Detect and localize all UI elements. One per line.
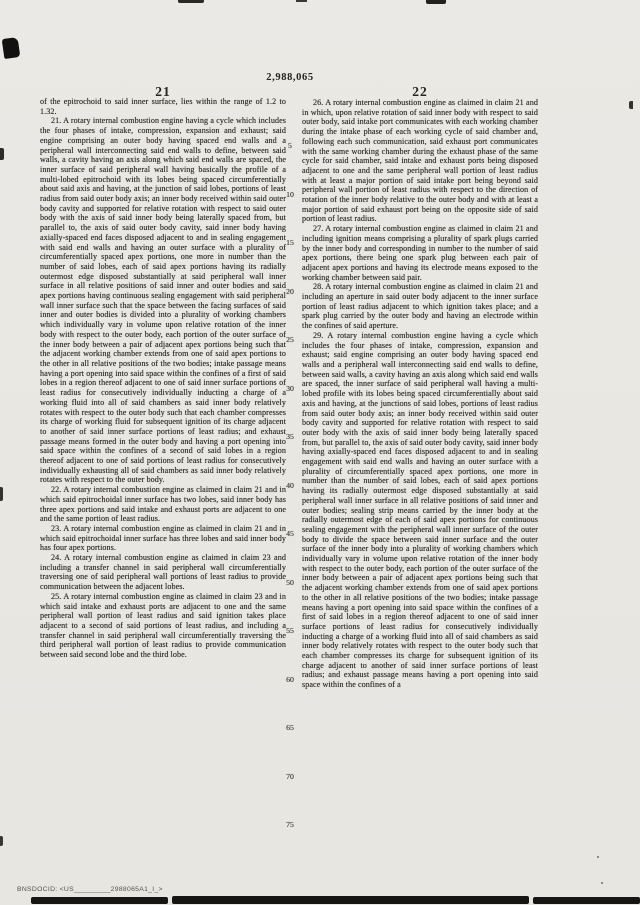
line-number: 60 [281, 675, 299, 724]
claim-25-text: 25. A rotary internal combustion engine … [40, 592, 286, 660]
scan-artifact-edge-tick [0, 836, 3, 846]
scan-artifact-top-tick [296, 0, 307, 2]
scan-artifact-edge-tick [0, 148, 4, 160]
claim-23-text: 23. A rotary internal combustion engine … [40, 524, 286, 553]
claim-29-text: 29. A rotary internal combustion engine … [302, 331, 538, 690]
claim-21-text: 21. A rotary internal combustion engine … [40, 116, 286, 485]
docid-footer: BNSDOCID: <US_________2988065A1_I_> [17, 886, 163, 893]
claim-27-text: 27. A rotary internal combustion engine … [302, 224, 538, 282]
claim-26-text: 26. A rotary internal combustion engine … [302, 98, 538, 224]
claim-24-text: 24. A rotary internal combustion engine … [40, 553, 286, 592]
scan-artifact-speck [601, 882, 603, 884]
scan-artifact-edge-tick [629, 101, 633, 109]
scan-artifact-top-tick [178, 0, 204, 3]
scan-artifact-top-tick [426, 0, 446, 4]
scan-artifact-bottom-band [533, 897, 640, 904]
claim-continuation-text: of the epitrochoid to said inner surface… [40, 97, 286, 116]
patent-number: 2,988,065 [40, 72, 540, 83]
line-number: 65 [281, 723, 299, 772]
scan-artifact-edge-tick [0, 487, 3, 501]
scan-artifact-blob [2, 37, 21, 59]
right-column: 26. A rotary internal combustion engine … [302, 98, 538, 690]
scan-artifact-bottom-band [31, 897, 168, 904]
line-number: 75 [281, 820, 299, 869]
patent-page: 2,988,065 21 22 5 10 15 20 25 30 35 40 4… [0, 0, 640, 905]
scan-artifact-bottom-band [172, 896, 529, 904]
left-column: of the epitrochoid to said inner surface… [40, 97, 286, 660]
line-number: 70 [281, 772, 299, 821]
claim-28-text: 28. A rotary internal combustion engine … [302, 282, 538, 331]
scan-artifact-speck [597, 856, 599, 858]
claim-22-text: 22. A rotary internal combustion engine … [40, 485, 286, 524]
